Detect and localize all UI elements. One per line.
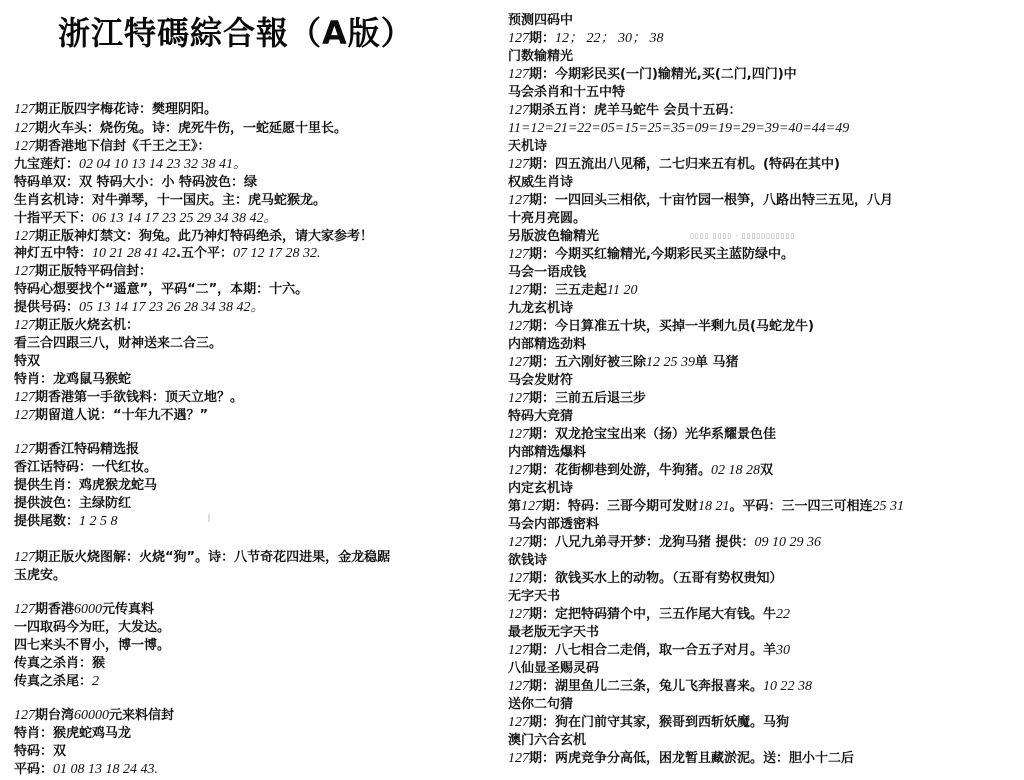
line-text: 期：八七相合二走俏，取一合五子对月。羊 [529,643,776,658]
line-text: 期：特码：三哥今期可发财 [542,499,698,514]
period-number: 127 [14,602,35,617]
text-line: 127期正版火烧玄机： [14,317,139,335]
text-line: 127期香港地下信封《千王之王》： [14,138,211,156]
numbers: 06 13 14 17 23 25 29 34 38 42。 [92,211,278,226]
line-text: 期：今日算准五十块，买掉一半剩九员(马蛇龙牛) [529,319,814,334]
text-line: 特码：双 [14,743,66,761]
text-line: 127期：两虎竞争分高低，困龙暂且藏淤泥。送：胆小十二后 [508,750,854,768]
period-number: 127 [14,390,35,405]
line-text: 期：今期买红输精光,今期彩民买主蓝防绿中。 [529,247,794,262]
line-text: 内定玄机诗 [508,481,573,496]
line-text: 十亮月亮圆。 [508,211,586,226]
numbers-2: 07 12 17 28 32. [233,246,321,261]
text-line: 一四取码今为旺，大发达。 [14,619,170,637]
text-line: 提供波色：主绿防红 [14,495,131,513]
text-line: 平码：01 08 13 18 24 43. [14,761,158,779]
period-number: 127 [508,715,529,730]
numbers: 01 08 13 18 24 43. [53,762,158,777]
period-number: 127 [508,751,529,766]
line-text: 期正版四字梅花诗：樊理阴阳。 [35,102,217,117]
line-text: 期：四五流出八见稀，二七归来五有机。(特码在其中) [529,157,840,172]
text-line: 127期：一四回头三相依，十亩竹园一根笋，八路出特三五见，八月 [508,192,893,210]
line-text: 提供生肖：鸡虎猴龙蛇马 [14,478,157,493]
line-label: 提供尾数： [14,514,79,529]
line-label: 传真之杀尾： [14,674,92,689]
text-line: 127期：四五流出八见稀，二七归来五有机。(特码在其中) [508,156,840,174]
line-text: 预测四码中 [508,13,573,28]
line-text: 提供波色：主绿防红 [14,496,131,511]
numbers-2: 22 [776,607,790,622]
line-label: 平码： [14,762,53,777]
line-text: 期：八兄九弟寻开梦：龙狗马猪 提供： [529,535,755,550]
line-text-2: 元传真料 [102,602,154,617]
text-line: 内部精选劲料 [508,336,586,354]
text-line: 特肖：猴虎蛇鸡马龙 [14,725,131,743]
numbers-2: 12 25 39 [646,355,695,370]
page-title: 浙江特碼綜合報（A版） [58,8,414,54]
text-line: 十亮月亮圆。 [508,210,586,228]
text-line: 127期：欲钱买水上的动物。（五哥有势权贵知） [508,570,783,588]
period-number: 127 [508,193,529,208]
line-text: 马会内部透密料 [508,517,599,532]
text-line: 127期：今期彩民买(一门)输精光,买(二门,四门)中 [508,66,797,84]
text-line: 127期正版神灯禁文：狗兔。此乃神灯特码绝杀，请大家参考！ [14,228,373,246]
line-text: 期：两虎竞争分高低，困龙暂且藏淤泥。送：胆小十二后 [529,751,854,766]
period-number: 127 [508,427,529,442]
text-line: 权威生肖诗 [508,174,573,192]
text-line: 无字天书 [508,588,560,606]
text-line: 11=12=21=22=05=15=25=35=09=19=29=39=40=4… [508,120,849,138]
text-line: 九龙玄机诗 [508,300,573,318]
text-line: 马会内部透密料 [508,516,599,534]
text-line: 提供号码：05 13 14 17 23 26 28 34 38 42。 [14,299,265,317]
line-text: 期：湖里鱼儿二三条，兔儿飞奔报喜来。 [529,679,763,694]
period-number: 127 [14,708,35,723]
line-text: 期留道人说：“十年九不遇？” [35,408,208,423]
text-line: 127期：八兄九弟寻开梦：龙狗马猪 提供：09 10 29 36 [508,534,821,552]
text-line: 八仙显圣赐灵码 [508,660,599,678]
line-text: 玉虎安。 [14,568,66,583]
line-text: 马会发财符 [508,373,573,388]
period-number: 127 [508,463,529,478]
numbers-2: 10 22 38 [763,679,812,694]
line-text: 期：双龙抢宝宝出来（扬）光华系耀景色佳 [529,427,776,442]
line-text: 特肖：龙鸡鼠马猴蛇 [14,372,131,387]
amount-number: 6000 [74,602,102,617]
numbers-2: 30 [776,643,790,658]
period-number: 127 [508,157,529,172]
period-number: 127 [508,31,529,46]
text-line: 特双 [14,353,40,371]
text-line: 127期：花街柳巷到处游，牛狗猪。02 18 28双 [508,462,773,480]
line-text: 期杀五肖：虎羊马蛇牛 会员十五码： [529,103,742,118]
text-line: 澳门六合玄机 [508,732,586,750]
line-text: 期：三前五后退三步 [529,391,646,406]
text-line: 127期正版四字梅花诗：樊理阴阳。 [14,101,217,119]
line-text: 期：今期彩民买(一门)输精光,买(二门,四门)中 [529,67,797,82]
line-text-2: 单 马猪 [695,355,739,370]
text-line: 十指平天下：06 13 14 17 23 25 29 34 38 42。 [14,210,278,228]
text-line: 玉虎安。 [14,567,66,585]
text-line: 天机诗 [508,138,547,156]
text-line: 127期：湖里鱼儿二三条，兔儿飞奔报喜来。10 22 38 [508,678,812,696]
line-text: 九龙玄机诗 [508,301,573,316]
line-text: 权威生肖诗 [508,175,573,190]
line-prefix: 第 [508,499,521,514]
text-line: 送你二句猜 [508,696,573,714]
line-text: 欲钱诗 [508,553,547,568]
numbers: 02 04 10 13 14 23 32 38 41。 [79,157,247,172]
text-line: 传真之杀尾：2 [14,673,99,691]
text-line: 最老版无字天书 [508,624,599,642]
line-text: 期香港地下信封《千王之王》： [35,139,211,154]
text-line: 神灯五中特：10 21 28 41 42.五个平：07 12 17 28 32. [14,245,320,263]
period-number: 127 [508,571,529,586]
text-line: 香江话特码：一代红妆。 [14,459,157,477]
line-text: 香江话特码：一代红妆。 [14,460,157,475]
line-text-2: 元来料信封 [109,708,174,723]
text-line: 看三合四跟三八，财神送来二合三。 [14,335,222,353]
text-line: 127期：狗在门前守其家，猴哥到西斩妖魔。马狗 [508,714,789,732]
period-number: 127 [508,67,529,82]
period-number: 127 [508,679,529,694]
scan-speck [208,514,210,522]
line-text: 内部精选劲料 [508,337,586,352]
text-line: 内部精选爆料 [508,444,586,462]
text-line: 欲钱诗 [508,552,547,570]
text-line: 内定玄机诗 [508,480,573,498]
numbers-2: 02 18 28 [711,463,760,478]
period-number: 127 [508,283,529,298]
line-text: 四七来头不胃小，博一博。 [14,638,170,653]
text-line: 127期火车头：烧伤兔。诗：虎死牛伤，一蛇延愿十里长。 [14,120,347,138]
line-text: 期：花街柳巷到处游，牛狗猪。 [529,463,711,478]
text-line: 预测四码中 [508,12,573,30]
period-number: 127 [14,318,35,333]
text-line: 127期香港第一手欲钱料：顶天立地？。 [14,389,243,407]
numbers: 11=12=21=22=05=15=25=35=09=19=29=39=40=4… [508,121,849,136]
text-line: 马会一语成钱 [508,264,586,282]
numbers: 05 13 14 17 23 26 28 34 38 42。 [79,300,265,315]
line-text: 看三合四跟三八，财神送来二合三。 [14,336,222,351]
text-line: 门数输精光 [508,48,573,66]
period-number: 127 [508,247,529,262]
text-line: 特码单双：双 特码大小：小 特码波色：绿 [14,174,257,192]
period-number: 127 [14,139,35,154]
line-text: 门数输精光 [508,49,573,64]
text-line: 特肖：龙鸡鼠马猴蛇 [14,371,131,389]
line-text: 一四取码今为旺，大发达。 [14,620,170,635]
period-number: 127 [508,319,529,334]
text-line: 127期杀五肖：虎羊马蛇牛 会员十五码： [508,102,742,120]
numbers-2: 18 21 [698,499,730,514]
line-text: 澳门六合玄机 [508,733,586,748]
text-line: 四七来头不胃小，博一博。 [14,637,170,655]
text-line: 127期：今期买红输精光,今期彩民买主蓝防绿中。 [508,246,794,264]
text-line: 提供尾数：1 2 5 8 [14,513,118,531]
line-text: 特码大竞猜 [508,409,573,424]
text-line: 马会杀肖和十五中特 [508,84,625,102]
text-line: 特码大竞猜 [508,408,573,426]
line-text: 特码：双 [14,744,66,759]
text-line: 127期：三五走起11 20 [508,282,637,300]
line-label: 期： [529,31,555,46]
text-line: 第127期：特码：三哥今期可发财18 21。平码：三一四三可相连25 31 [508,498,904,516]
line-text: 无字天书 [508,589,560,604]
numbers-2: 09 10 29 36 [755,535,822,550]
text-line: 马会发财符 [508,372,573,390]
line-text: 期香港第一手欲钱料：顶天立地？。 [35,390,243,405]
line-text: 期：定把特码猜个中，三五作尾大有钱。牛 [529,607,776,622]
line-text: 期香港 [35,602,74,617]
line-text: 八仙显圣赐灵码 [508,661,599,676]
text-line: 九宝莲灯：02 04 10 13 14 23 32 38 41。 [14,156,247,174]
text-line: 127期台湾60000元来料信封 [14,707,174,725]
line-text: 马会一语成钱 [508,265,586,280]
line-label-2: .五个平： [176,246,233,261]
line-text-2: 双 [760,463,773,478]
text-line: 127期：12； 22； 30； 38 [508,30,664,48]
numbers-2: 11 20 [607,283,637,298]
text-line: 127期：今日算准五十块，买掉一半剩九员(马蛇龙牛) [508,318,814,336]
text-line: 127期香港6000元传真料 [14,601,154,619]
line-text: 期：一四回头三相依，十亩竹园一根笋，八路出特三五见，八月 [529,193,893,208]
faint-watermark: ▯▯▯▯ ▯▯▯▯ · ▯▯▯▯▯▯▯▯▯▯▯ [690,232,795,240]
period-number: 127 [508,103,529,118]
line-text: 特码心想要找个“遥意”，平码“二”，本期：十六。 [14,282,308,297]
period-number: 127 [14,550,35,565]
numbers: 12； 22； 30； 38 [555,31,664,46]
line-text: 期台湾 [35,708,74,723]
line-text: 期正版火烧玄机： [35,318,139,333]
text-line: 127期正版火烧图解：火烧“狗”。诗：八节奇花四进果，金龙稳踞 [14,549,390,567]
text-line: 127期：定把特码猜个中，三五作尾大有钱。牛22 [508,606,790,624]
period-number: 127 [521,499,542,514]
line-text: 生肖玄机诗：对牛弹琴，十一国庆。主：虎马蛇猴龙。 [14,193,326,208]
numbers-3: 25 31 [873,499,905,514]
text-line: 127期正版特平码信封： [14,263,152,281]
period-number: 127 [508,535,529,550]
period-number: 127 [508,607,529,622]
line-text: 天机诗 [508,139,547,154]
line-text: 最老版无字天书 [508,625,599,640]
period-number: 127 [508,643,529,658]
period-number: 127 [508,391,529,406]
text-line: 127期：三前五后退三步 [508,390,646,408]
amount-number: 60000 [74,708,109,723]
line-label: 神灯五中特： [14,246,92,261]
line-text: 期正版火烧图解：火烧“狗”。诗：八节奇花四进果，金龙稳踞 [35,550,390,565]
line-text: 期正版特平码信封： [35,264,152,279]
numbers: 1 2 5 8 [79,514,118,529]
text-line: 传真之杀肖：猴 [14,655,105,673]
line-text: 传真之杀肖：猴 [14,656,105,671]
numbers: 10 21 28 41 42 [92,246,176,261]
period-number: 127 [14,264,35,279]
line-text: 期香江特码精选报 [35,442,139,457]
text-line: 127期：五六刚好被三除12 25 39单 马猪 [508,354,739,372]
period-number: 127 [14,102,35,117]
line-label: 九宝莲灯： [14,157,79,172]
period-number: 127 [14,121,35,136]
period-number: 127 [508,355,529,370]
line-text: 内部精选爆料 [508,445,586,460]
line-text: 期火车头：烧伤兔。诗：虎死牛伤，一蛇延愿十里长。 [35,121,347,136]
text-line: 另版波色输精光 [508,228,599,246]
text-line: 生肖玄机诗：对牛弹琴，十一国庆。主：虎马蛇猴龙。 [14,192,326,210]
numbers: 2 [92,674,99,689]
line-label: 十指平天下： [14,211,92,226]
line-text: 期正版神灯禁文：狗兔。此乃神灯特码绝杀，请大家参考！ [35,229,373,244]
line-text: 期：三五走起 [529,283,607,298]
period-number: 127 [14,408,35,423]
line-text: 期：欲钱买水上的动物。（五哥有势权贵知） [529,571,783,586]
line-text: 送你二句猜 [508,697,573,712]
line-text-2: 。平码：三一四三可相连 [730,499,873,514]
text-line: 127期留道人说：“十年九不遇？” [14,407,208,425]
line-text: 期：狗在门前守其家，猴哥到西斩妖魔。马狗 [529,715,789,730]
period-number: 127 [14,229,35,244]
line-text: 特肖：猴虎蛇鸡马龙 [14,726,131,741]
line-text: 特码单双：双 特码大小：小 特码波色：绿 [14,175,257,190]
line-text: 期：五六刚好被三除 [529,355,646,370]
line-text: 马会杀肖和十五中特 [508,85,625,100]
text-line: 特码心想要找个“遥意”，平码“二”，本期：十六。 [14,281,308,299]
text-line: 127期：八七相合二走俏，取一合五子对月。羊30 [508,642,790,660]
text-line: 127期：双龙抢宝宝出来（扬）光华系耀景色佳 [508,426,776,444]
text-line: 127期香江特码精选报 [14,441,139,459]
period-number: 127 [14,442,35,457]
line-text: 特双 [14,354,40,369]
line-label: 提供号码： [14,300,79,315]
text-line: 提供生肖：鸡虎猴龙蛇马 [14,477,157,495]
line-text: 另版波色输精光 [508,229,599,244]
